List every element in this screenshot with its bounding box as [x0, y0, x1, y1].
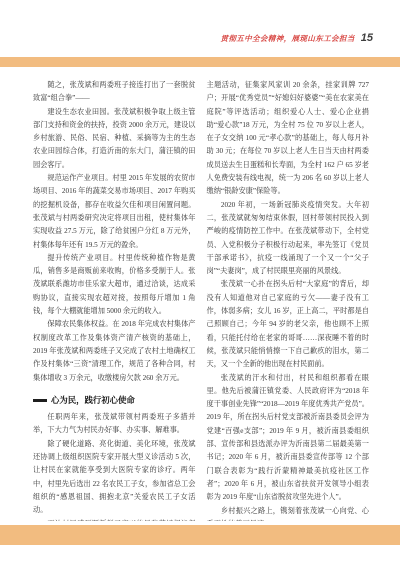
- paragraph: 乡村振兴之路上，镌刻着张茂斌一心向党、心系百姓的美丽足迹。: [207, 505, 370, 522]
- paragraph: 保障农民集体权益。在 2018 年完成农村集体产权制度改革工作及集体资产清产核资…: [33, 318, 196, 384]
- left-column: 随之，张茂斌和两委班子接连打出了一套脱贫致富“组合拳”—— 建设生态农业田园。张…: [33, 79, 196, 521]
- section-heading-text: 心为民，践行初心使命: [51, 394, 135, 407]
- paragraph: 随之，张茂斌和两委班子接连打出了一套脱贫致富“组合拳”——: [33, 79, 196, 106]
- header-slogan: 贯彻五中全会精神，展现山东工会担当: [220, 33, 354, 44]
- paragraph: 任职两年来，张茂斌带领村两委班子多措并举，下大力气为村民办好事、办实事、解难事。: [33, 411, 196, 438]
- heading-dash-rule: [33, 399, 47, 402]
- page-number: 15: [361, 32, 373, 44]
- paragraph: 2020 年初，一场新冠肺炎疫情突发。大年初二，张茂斌就匆匆结束休假，回村带领村…: [207, 199, 370, 279]
- paragraph: 主题活动，征集家风家训 20 余条，挂家训牌 727 户；开展“优秀党员”“好媳…: [207, 79, 370, 199]
- paragraph: 除了硬化道路、亮化街道、美化环境，张茂斌还协调上级组织医院专家开展大型义诊活动 …: [33, 438, 196, 518]
- right-column: 主题活动，征集家风家训 20 余条，挂家训牌 727 户；开展“优秀党员”“好媳…: [207, 79, 370, 521]
- article-body: 随之，张茂斌和两委班子接连打出了一套脱贫致富“组合拳”—— 建设生态农业田园。张…: [33, 79, 369, 521]
- paragraph: 张茂斌的汗水和付出，村民和组织都看在眼里。他先后被蒲汪镇党委、人民政府评为“20…: [207, 372, 370, 505]
- section-heading: 心为民，践行初心使命: [33, 394, 196, 407]
- paragraph: 更让村民感到既新鲜又高兴的是张茂斌提议倡导的全村乡风文明建设行动——开展“晒家风…: [33, 518, 196, 522]
- bottom-accent-band: [0, 525, 400, 545]
- paragraph: 规范运作产业项目。村里 2015 年发展的农贸市场项目、2016 年的蔬菜交易市…: [33, 172, 196, 252]
- paragraph: 张茂斌一心扑在拐头后村“大家庭”的背后，却没有人知道他对自己家庭的亏欠——妻子没…: [207, 278, 370, 371]
- paragraph: 提升传统产业项目。村里传统种植作物是黄瓜，销售多是商贩前来收购，价格多受制于人。…: [33, 252, 196, 318]
- paragraph: 建设生态农业田园。张茂斌积极争取上级主管部门支持和资金的扶持，投资 2000 余…: [33, 106, 196, 172]
- page-header: 贯彻五中全会精神，展现山东工会担当 15: [220, 32, 373, 44]
- top-accent-band: [0, 57, 400, 67]
